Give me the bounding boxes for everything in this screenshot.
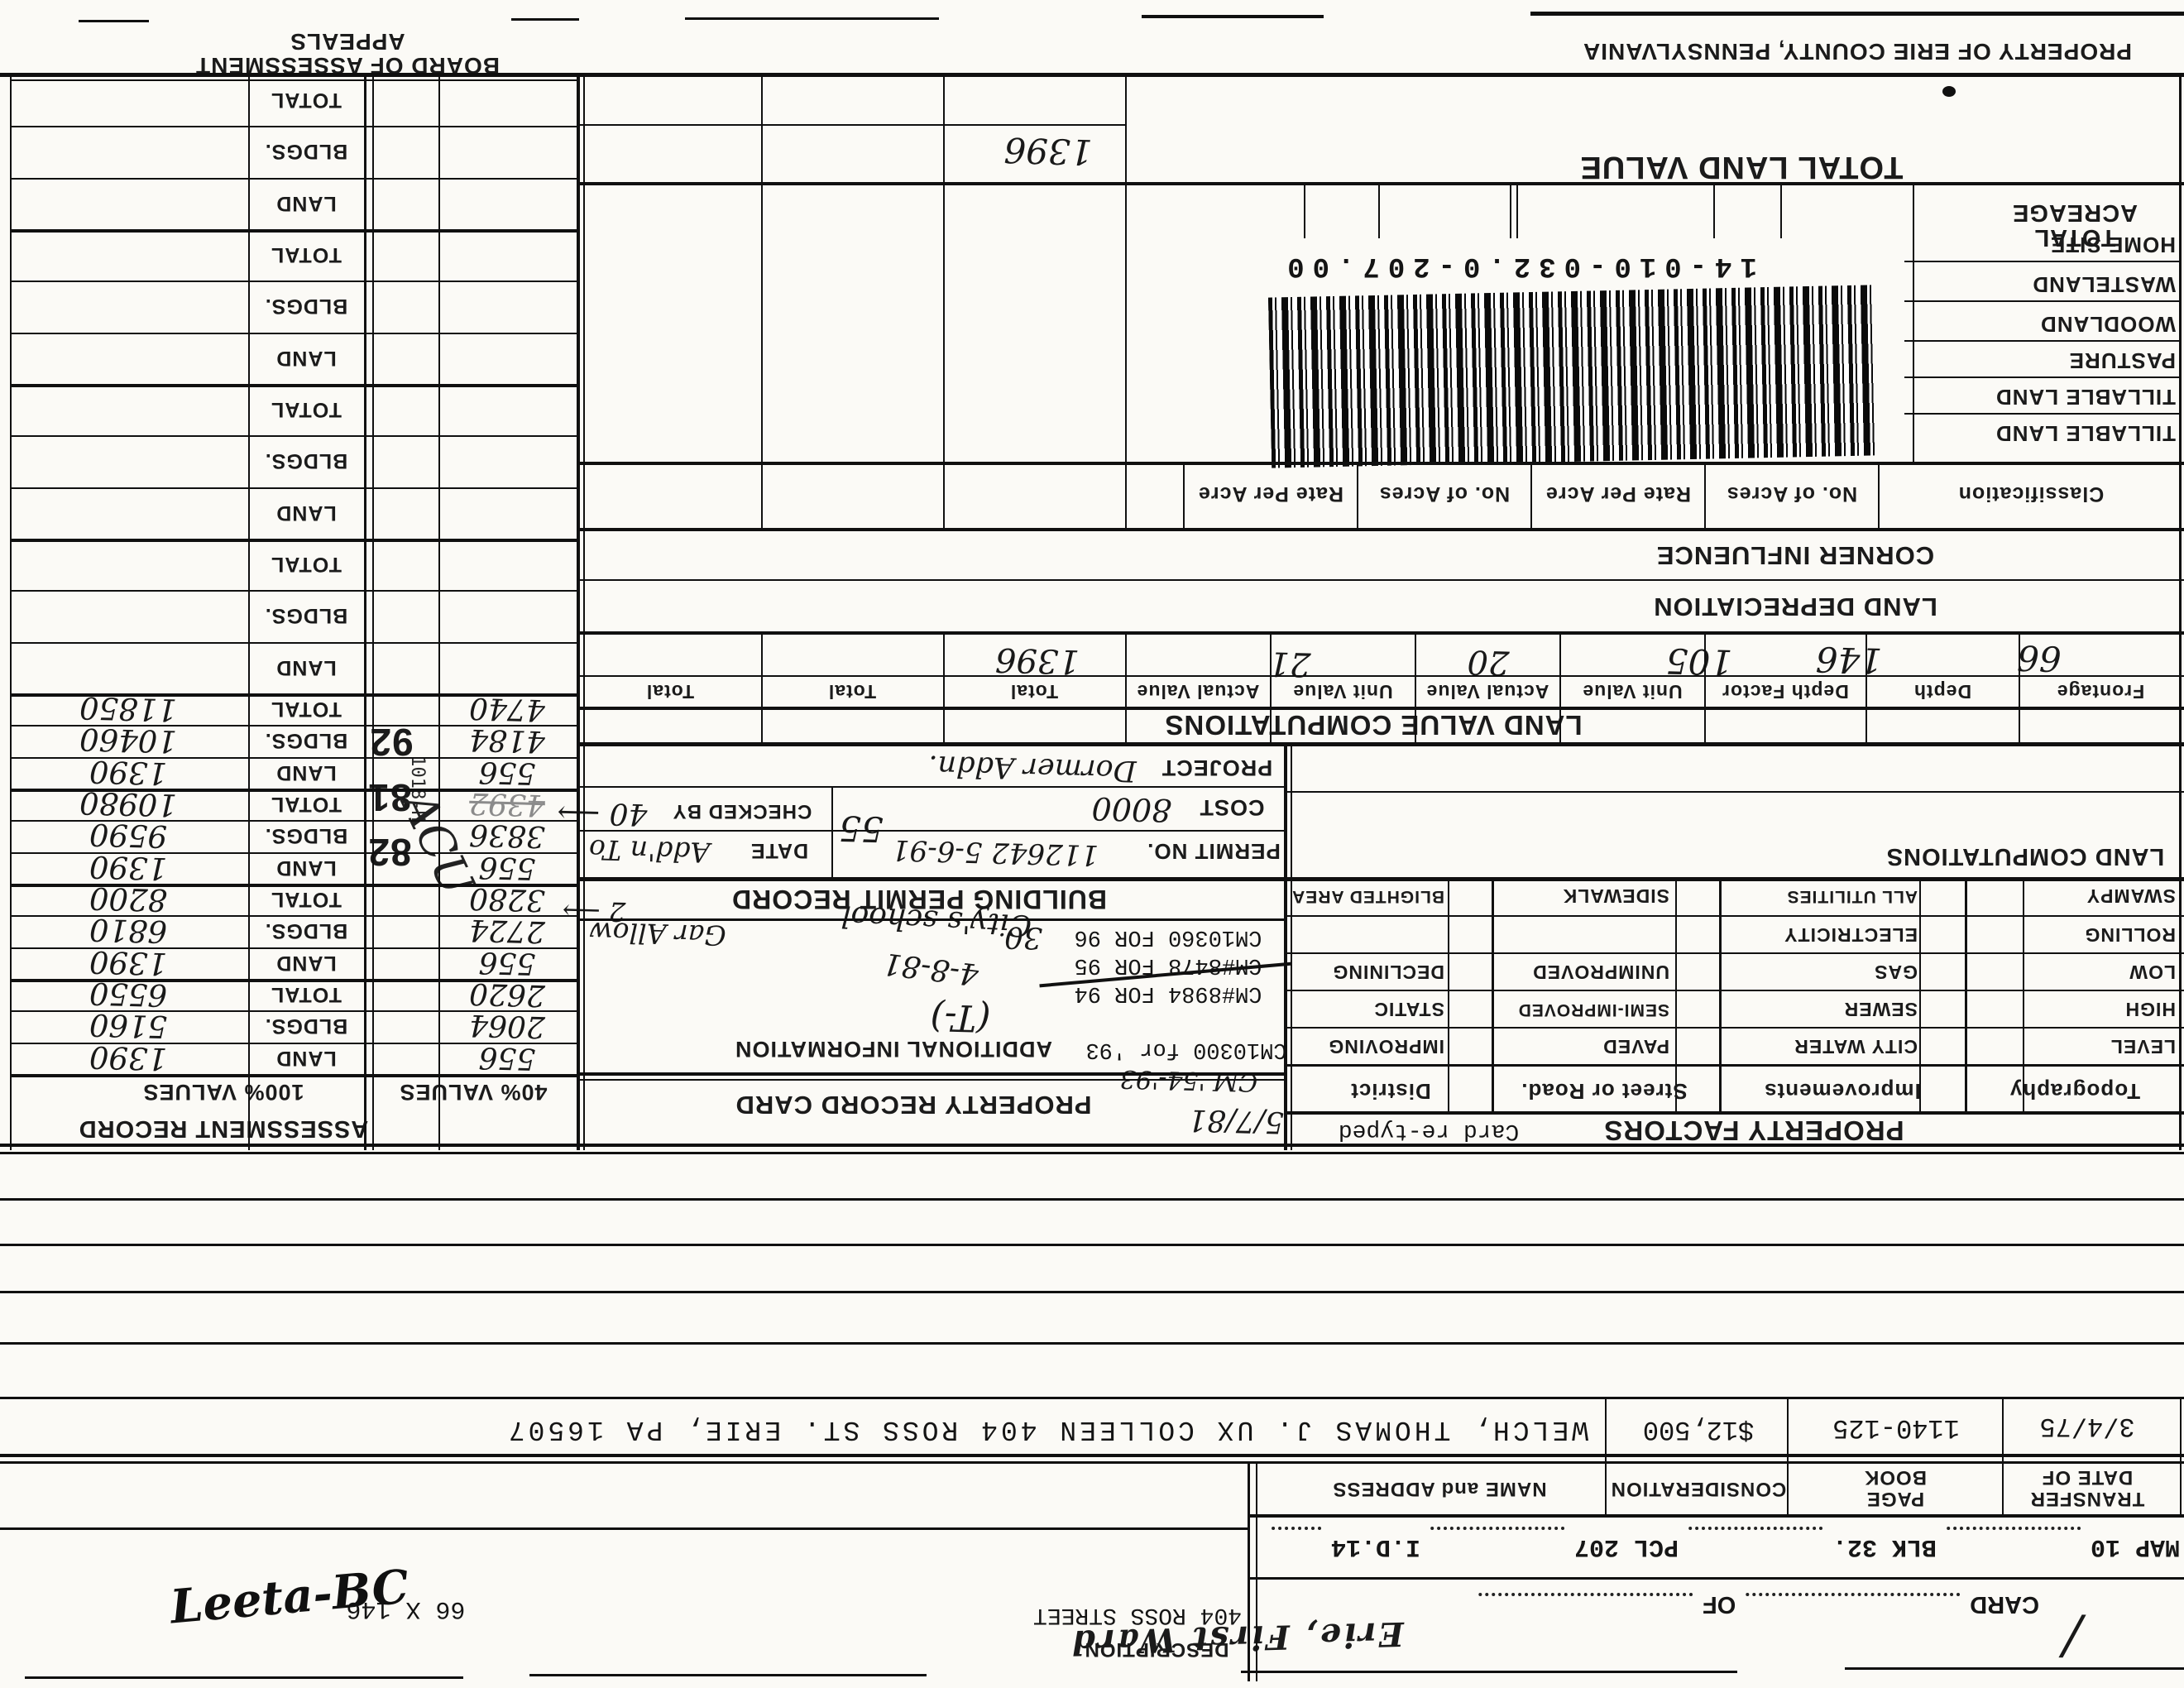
cm-note-93: CM10300 for '93 — [1085, 1036, 1287, 1062]
rule — [10, 487, 579, 489]
factor-cell: BLIGHTED AREA — [1291, 880, 1444, 912]
block-number: BLK 32. — [1832, 1532, 1937, 1561]
factor-cell: CITY WATER — [1722, 1031, 1918, 1062]
cm-note-96: CM10360 FOR 96 — [1049, 923, 1287, 950]
rule — [943, 73, 945, 530]
factor-cell: UNIMPROVED — [1494, 957, 1669, 988]
assessment-row-label: LAND — [248, 759, 364, 787]
property-record-card-heading: PROPERTY RECORD CARD — [705, 1086, 1122, 1124]
rule — [1510, 184, 1511, 238]
factor-cell: HIGH — [2027, 994, 2176, 1025]
rule — [1284, 990, 2184, 991]
factor-cell: LOW — [2027, 957, 2176, 988]
assessment-row-label: TOTAL — [248, 981, 364, 1009]
classification-header: Rate Per Acre — [1185, 468, 1357, 520]
value-column-header: Total — [945, 677, 1123, 707]
land-value-computations-heading: LAND VALUE COMPUTATIONS — [1115, 708, 1631, 741]
rule — [1284, 952, 2184, 954]
classification-label: WASTELAND — [1928, 270, 2176, 298]
assessment-value-40: 556 — [439, 1039, 574, 1077]
classification-label: PASTURE — [1928, 346, 2176, 374]
rule — [0, 1461, 2184, 1464]
rule — [583, 73, 585, 1150]
rule — [579, 528, 2184, 531]
rule — [577, 73, 580, 1150]
assessment-row-label: LAND — [248, 949, 364, 977]
rule — [1845, 1667, 2184, 1670]
rule — [1256, 1461, 1257, 1681]
value-column-header: Total — [763, 677, 941, 707]
value-column-header: Unit Value — [1272, 677, 1414, 707]
classification-header: Rate Per Acre — [1532, 468, 1704, 520]
rule — [364, 73, 366, 1150]
factor-header: Street or Road. — [1494, 1072, 1714, 1109]
rule — [0, 1454, 2184, 1457]
assessment-row-label: BLDGS. — [248, 917, 364, 945]
rule — [1304, 184, 1305, 238]
factor-cell: STATIC — [1291, 994, 1444, 1025]
street-address: 404 ROSS STREET — [1011, 1600, 1264, 1630]
factor-cell: IMPROVING — [1291, 1031, 1444, 1062]
rule — [579, 830, 1287, 832]
rule — [685, 17, 939, 20]
rule — [10, 178, 579, 180]
name-and-address-label: NAME and ADDRESS — [1278, 1475, 1601, 1503]
rule — [1904, 340, 2182, 342]
card-check-mark: ∕ — [2018, 1600, 2127, 1672]
rule — [10, 435, 579, 437]
rule — [10, 79, 579, 81]
assessment-row-label: TOTAL — [248, 241, 364, 269]
factor-cell: SEMI-IMPROVED — [1494, 994, 1669, 1025]
permit-no-entry: 112642 5-6-91 — [847, 827, 1142, 877]
dotted-leader — [1478, 1593, 1693, 1596]
rule — [1284, 1064, 2184, 1067]
rule — [1878, 462, 1880, 528]
classification-label: WOODLAND — [1928, 309, 2176, 338]
property-of-erie-caption: PROPERTY OF ERIE COUNTY, PENNSYLVANIA — [1572, 35, 2143, 68]
rule — [761, 73, 763, 530]
handwritten-scrawl: Leeta-BC — [146, 1542, 433, 1652]
transfer-consideration-value: $12,500 — [1607, 1410, 1790, 1450]
rule — [0, 1144, 2184, 1147]
rule — [579, 786, 1287, 788]
assessment-row-label: BLDGS. — [248, 602, 364, 630]
assessment-row-label: TOTAL — [248, 550, 364, 578]
rule — [2180, 1397, 2182, 1514]
retyped-date: 5/7/81 — [1184, 1097, 1287, 1144]
rule — [1719, 877, 1722, 1113]
dotted-leader — [1688, 1527, 1822, 1530]
cost-entry: 8000 — [1068, 786, 1195, 832]
project-label: PROJECT — [1148, 751, 1286, 784]
checked-by-label: CHECKED BY — [660, 796, 824, 826]
dotted-leader — [1746, 1593, 1960, 1596]
classification-header: No. of Acres — [1358, 468, 1530, 520]
dotted-leader — [1947, 1527, 2081, 1530]
value-column-header: Frontage — [2020, 677, 2181, 707]
transfer-book-page-value: 1140-125 — [1797, 1408, 1995, 1448]
classification-label: TILLABLE LAND — [1928, 419, 2176, 447]
rule — [1284, 1027, 2184, 1029]
project-entry: Dormer Addn. — [919, 745, 1145, 790]
rule — [831, 786, 833, 877]
classification-label: TILLABLE LAND — [1928, 382, 2176, 410]
rule — [79, 20, 149, 22]
cost-label: COST — [1190, 791, 1274, 824]
rule — [579, 631, 2184, 635]
assessment-row-label: LAND — [248, 1044, 364, 1072]
assessment-row-label: BLDGS. — [248, 822, 364, 850]
ink-blot — [1942, 86, 1956, 97]
corner-influence-label: CORNER INFLUENCE — [1439, 535, 2151, 576]
rule — [1787, 1397, 1789, 1514]
assessment-row-label: LAND — [248, 344, 364, 372]
parcel-barcode — [1268, 285, 1875, 468]
rule — [10, 73, 12, 1150]
rule — [579, 124, 1127, 126]
rule — [372, 73, 374, 1150]
map-id-row: MAP 10 BLK 32. PCL 207 I.D.14 — [1262, 1519, 2180, 1574]
cursive-note: City's school — [811, 884, 1061, 958]
additional-information-heading: ADDITIONAL INFORMATION — [705, 1033, 1082, 1066]
value-column-header: Depth Factor — [1706, 677, 1865, 707]
factor-cell: DECLINING — [1291, 957, 1444, 988]
col-100-percent-header: 100% VALUES — [99, 1076, 347, 1109]
rule — [1530, 12, 2184, 16]
assessment-row-label: TOTAL — [248, 790, 364, 818]
rule — [529, 1674, 927, 1676]
map-number: MAP 10 — [2091, 1532, 2180, 1561]
value-column-header: Actual Value — [1127, 677, 1269, 707]
assessment-row-label: TOTAL — [248, 885, 364, 914]
assessment-row-label: BLDGS. — [248, 447, 364, 475]
rule — [579, 1072, 1287, 1076]
factor-header: District — [1291, 1072, 1491, 1109]
rule — [1965, 877, 1967, 1113]
assessment-row-label: TOTAL — [248, 396, 364, 424]
factor-cell: SEWER — [1722, 994, 1918, 1025]
land-depreciation-label: LAND DEPRECIATION — [1439, 586, 2151, 627]
rule — [10, 590, 579, 592]
assessment-row-label: TOTAL — [248, 86, 364, 114]
dotted-leader — [1430, 1527, 1564, 1530]
assessment-record-header: ASSESSMENT RECORD — [50, 1110, 397, 1147]
rule — [0, 1244, 2184, 1246]
rule — [1142, 15, 1324, 18]
classification-header: Classification — [1882, 468, 2180, 520]
date-of-transfer-label-line1: DATE OF — [2017, 1466, 2158, 1488]
cm-note-94: CM#8984 FOR 94 — [1049, 980, 1287, 1006]
factor-cell: SWAMPY — [2027, 880, 2176, 912]
rule — [1904, 300, 2182, 302]
rule — [0, 1397, 2184, 1399]
total-land-value-entry: 1396 — [985, 124, 1111, 179]
value-column-header: Actual Value — [1416, 677, 1559, 707]
rule — [1284, 915, 2184, 917]
rule — [10, 281, 579, 282]
rule — [579, 707, 2184, 710]
rule — [1248, 1577, 2184, 1580]
factor-cell: GAS — [1722, 957, 1918, 988]
of-label: OF — [1703, 1591, 1736, 1618]
rule — [1284, 742, 1287, 1150]
rule — [0, 73, 2184, 77]
rule — [1713, 184, 1715, 238]
rule — [579, 742, 2184, 746]
value-column-header: Total — [581, 677, 759, 707]
rule — [579, 182, 2184, 185]
rule — [0, 1198, 2184, 1201]
rule — [579, 918, 1287, 921]
value-column-header: Depth — [1867, 677, 2018, 707]
assessment-row-label: TOTAL — [248, 695, 364, 723]
rule — [0, 1152, 2184, 1154]
parcel-number: 14-010-032.0-207.00 — [1231, 245, 1805, 286]
rule — [1284, 791, 2184, 793]
rule — [10, 384, 579, 387]
page-label: PAGE — [1817, 1488, 1974, 1509]
id-number: I.D.14 — [1331, 1532, 1420, 1561]
rule — [1516, 184, 1518, 238]
factor-header: Improvements — [1722, 1072, 1962, 1109]
rule — [25, 1676, 463, 1679]
rule — [0, 1342, 2184, 1345]
rule — [1904, 413, 2182, 415]
classification-header: No. of Acres — [1706, 468, 1878, 520]
rule — [10, 126, 579, 127]
rule — [0, 1527, 1248, 1530]
assessment-row-label: BLDGS. — [248, 727, 364, 755]
rule — [511, 18, 579, 21]
parcel-id: PCL 207 — [1574, 1532, 1679, 1561]
assessment-value-100: 1390 — [16, 1038, 240, 1078]
factor-header: Topography — [1969, 1072, 2181, 1109]
rule — [1125, 73, 1127, 530]
assessment-row-label: BLDGS. — [248, 1012, 364, 1040]
permit-no-label: PERMIT NO. — [1140, 834, 1287, 867]
rule — [1913, 184, 1914, 462]
rule — [1780, 184, 1782, 238]
rule — [2002, 1397, 2004, 1514]
rule — [1241, 1671, 1737, 1673]
date-label: DATE — [741, 836, 817, 866]
factor-cell: ROLLING — [2027, 919, 2176, 951]
dotted-leader — [1272, 1527, 1321, 1530]
board-of-assessment-caption: BOARD OF ASSESSMENT APPEALS — [153, 37, 542, 70]
assessment-row-label: LAND — [248, 654, 364, 682]
rule — [579, 462, 2184, 465]
assessment-row-label: LAND — [248, 499, 364, 527]
rule — [10, 539, 579, 542]
factor-cell: ELECTRICITY — [1722, 919, 1918, 951]
book-label: BOOK — [1817, 1466, 1974, 1488]
rule — [2179, 73, 2182, 1150]
rule — [579, 579, 2184, 581]
value-column-header: Unit Value — [1561, 677, 1703, 707]
rule — [1284, 1111, 2184, 1115]
rule — [10, 229, 579, 233]
rule — [1248, 1514, 2184, 1518]
rule — [1904, 376, 2182, 378]
card-retyped-note: Card re-typed — [1292, 1115, 1565, 1147]
assessment-row-label: BLDGS. — [248, 292, 364, 320]
total-land-value-label: TOTAL LAND VALUE — [1530, 147, 1952, 185]
classification-label: HOME SITE — [1928, 230, 2176, 258]
transfer-name-address-value: WELCH, THOMAS J. UX COLLEEN 404 ROSS ST.… — [298, 1410, 1588, 1450]
property-factors-title: PROPERTY FACTORS — [1565, 1114, 1942, 1147]
rule — [1605, 1397, 1607, 1514]
date-entry: Add'n To — [558, 828, 740, 875]
rule — [1904, 261, 2182, 262]
rule — [10, 642, 579, 644]
date-of-transfer-label-line2: TRANSFER — [2017, 1488, 2158, 1509]
assessment-row-label: LAND — [248, 189, 364, 218]
factor-cell: PAVED — [1494, 1031, 1669, 1062]
col-40-percent-header: 40% VALUES — [371, 1076, 576, 1109]
transfer-date-value: 3/4/75 — [2009, 1407, 2166, 1446]
factor-cell: ALL UTILITIES — [1722, 880, 1918, 912]
assessment-row-label: LAND — [248, 854, 364, 882]
assessment-row-label: BLDGS. — [248, 137, 364, 165]
rule — [579, 1079, 1287, 1081]
factor-cell: LEVEL — [2027, 1031, 2176, 1062]
rule — [0, 1291, 2184, 1293]
description-label: DESCRIPTION — [1072, 1637, 1241, 1662]
rule — [1378, 184, 1380, 238]
property-record-card-scan: BOARD OF ASSESSMENT APPEALS PROPERTY OF … — [0, 0, 2184, 1688]
consideration-label: CONSIDERATION — [1609, 1475, 1788, 1503]
land-computations-heading: LAND COMPUTATIONS — [1875, 839, 2176, 874]
factor-cell: SIDEWALK — [1494, 880, 1669, 912]
rule — [10, 333, 579, 334]
rule — [1248, 1461, 1250, 1681]
